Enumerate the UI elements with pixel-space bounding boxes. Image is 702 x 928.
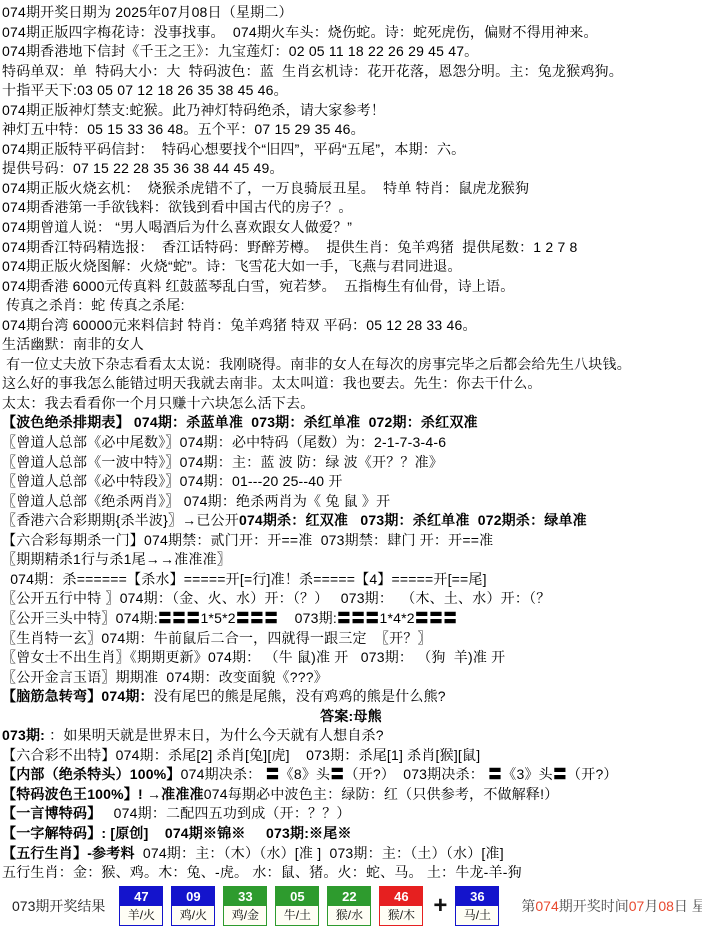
text-line: 【波色绝杀排期表】 074期：杀蓝单准 073期：杀红单准 072期：杀红双准 [2, 413, 700, 433]
text-segment: 074期曾道人说： “男人喝酒后为什么喜欢跟女人做爱？” [2, 219, 352, 235]
text-segment: 074期正版神灯禁支:蛇猴。此乃神灯特码绝杀，请大家参考！ [2, 102, 385, 118]
text-segment: 074期：二配四五功到成（开：？？） [101, 805, 350, 821]
text-line: 〖公开五行中特 〗074期：（金、火、水）开：（？） 073期： （木、土、水）… [2, 589, 700, 609]
text-segment: 特码单双：单 特码大小：大 特码波色：蓝 生肖玄机诗：花开花落，恩怨分明。主：兔… [2, 63, 623, 79]
text-segment: 十指平天下:03 05 07 12 18 26 35 38 45 46。 [2, 82, 288, 98]
text-segment-bold: 073期: [2, 727, 45, 743]
text-line: 神灯五中特：05 15 33 36 48。五个平：07 15 29 35 46。 [2, 120, 700, 140]
text-segment: 074期香江特码精选报： 香江话特码：野醉芳樽。 提供生肖：兔羊鸡猪 提供尾数：… [2, 239, 578, 255]
text-segment: 074期正版火烧图解：火烧“蛇”。诗：飞雪花大如一手，飞燕与君同进退。 [2, 258, 462, 274]
text-segment-bold: 【内部（绝杀特头）100%】 [2, 766, 181, 782]
text-segment: 有一位丈夫放下杂志看看太太说：我刚晓得。南非的女人在每次的房事完毕之后都会给先生… [2, 356, 631, 372]
text-segment-bold: 074期杀：红双准 073期：杀红单准 072期杀：绿单准 [239, 512, 587, 528]
text-line: 074期香江特码精选报： 香江话特码：野醉芳樽。 提供生肖：兔羊鸡猪 提供尾数：… [2, 238, 700, 258]
text-segment: 提供号码：07 15 22 28 35 36 38 44 45 49。 [2, 160, 284, 176]
text-line: 五行生肖：金：猴、鸡。木：兔、-虎。 水：鼠、猪。火：蛇、马。 土：牛龙-羊-狗 [2, 863, 700, 883]
text-segment: 074期香港 6000元传真料 红鼓蓝琴乱白雪，宛若梦。 五指梅生有仙骨，诗上语… [2, 278, 514, 294]
text-segment: 神灯五中特：05 15 33 36 48。五个平：07 15 29 35 46。 [2, 121, 365, 137]
text-segment: 传真之杀肖：蛇 传真之杀尾: [2, 297, 185, 313]
text-segment: 〖曾女士不出生肖〗《期期更新》074期： （牛 鼠)准 开 073期： （狗 羊… [2, 649, 505, 665]
text-line: 〖曾道人总部《必中尾数》〗074期：必中特码（尾数）为：2-1-7-3-4-6 [2, 433, 700, 453]
ball-zodiac-element: 牛/土 [276, 906, 318, 925]
text-line: 074期香港第一手欲钱料：欲钱到看中国古代的房子？。 [2, 198, 700, 218]
plus-sign: + [433, 892, 447, 920]
special-ball: 36马/土 [455, 886, 499, 926]
text-line: 〖曾道人总部《必中特段》〗074期：01---20 25--40 开 [2, 472, 700, 492]
text-line: 十指平天下:03 05 07 12 18 26 35 38 45 46。 [2, 81, 700, 101]
next-draw-segment: 月 [644, 898, 658, 914]
text-segment: 074期：杀======【杀水】=====开[=行]准！杀=====【4】===… [2, 571, 487, 587]
text-line: 【特码波色王100%】! →准准准074每期必中波色主：绿防：红（只供参考，不做… [2, 785, 700, 805]
text-segment: 生活幽默：南非的女人 [2, 336, 144, 352]
text-segment: 〖曾道人总部《必中特段》〗074期：01---20 25--40 开 [2, 473, 343, 489]
text-line: 074期正版火烧玄机： 烧猴杀虎错不了，一万良骑辰丑星。 特单 特肖：鼠虎龙猴狗 [2, 179, 700, 199]
text-segment: 【六合彩不出特】074期：杀尾[2] 杀肖[兔][虎] 073期：杀尾[1] 杀… [2, 747, 480, 763]
text-line: 【一字解特码】: [原创] 074期※锦※ 073期:※尾※ [2, 824, 700, 844]
text-line: 答案:母熊 [2, 707, 700, 727]
text-line: 〖期期精杀1行与杀1尾→→准准准〗 [2, 550, 700, 570]
next-draw-segment: 日 星期二 [674, 898, 702, 914]
ball-zodiac-element: 马/土 [456, 906, 498, 925]
text-line: 〖公开三头中特〗074期:〓〓〓1*5*2〓〓〓 073期:〓〓〓1*4*2〓〓… [2, 609, 700, 629]
text-line: 074期正版火烧图解：火烧“蛇”。诗：飞雪花大如一手，飞燕与君同进退。 [2, 257, 700, 277]
result-balls: 47羊/火09鸡/火33鸡/金05牛/土22猴/水46猴/木 [119, 886, 431, 926]
text-line: 074期正版四字梅花诗：没事找事。 074期火车头：烧伤蛇。诗：蛇死虎伤，偏财不… [2, 23, 700, 43]
ball-zodiac-element: 猴/水 [328, 906, 370, 925]
text-segment: 074期正版特平码信封： 特码心想要找个“旧四”，平码“五尾”，本期：六。 [2, 141, 465, 157]
text-segment: 074期决杀： 〓《8》头〓（开?） 073期决杀： 〓《3》头〓（开?） [181, 766, 618, 782]
next-draw-segment: 07 [629, 898, 645, 914]
text-segment-bold: 【五行生肖】-参考料 [2, 845, 135, 861]
text-line: 【脑筋急转弯】074期：没有尾巴的熊是尾熊，没有鸡鸡的熊是什么熊? [2, 687, 700, 707]
text-segment: 〖曾道人总部《必中尾数》〗074期：必中特码（尾数）为：2-1-7-3-4-6 [2, 434, 446, 450]
text-line: 这么好的事我怎么能错过明天我就去南非。太太叫道：我也要去。先生：你去干什么。 [2, 374, 700, 394]
text-segment: 〖公开金言玉语〗期期准 074期：改变面貌《???》 [2, 669, 328, 685]
ball-zodiac-element: 鸡/金 [224, 906, 266, 925]
next-draw-info: 第074期开奖时间07月08日 星期二21:30 [521, 896, 702, 916]
ball-number: 22 [328, 887, 370, 906]
text-line: 074期正版神灯禁支:蛇猴。此乃神灯特码绝杀，请大家参考！ [2, 101, 700, 121]
text-line: 【内部（绝杀特头）100%】074期决杀： 〓《8》头〓（开?） 073期决杀：… [2, 765, 700, 785]
result-ball: 33鸡/金 [223, 886, 267, 926]
text-segment-bold: 答案:母熊 [320, 708, 382, 724]
text-line: 〖香港六合彩期期{杀半波}〗→已公开074期杀：红双准 073期：杀红单准 07… [2, 511, 700, 531]
text-segment: 〖曾道人总部《一波中特》〗074期：主：蓝 波 防：绿 波《开？？准》 [2, 454, 443, 470]
text-line: 特码单双：单 特码大小：大 特码波色：蓝 生肖玄机诗：花开花落，恩怨分明。主：兔… [2, 62, 700, 82]
next-draw-segment: 第 [521, 898, 535, 914]
next-draw-segment: 08 [658, 898, 674, 914]
text-segment: 〖曾道人总部《绝杀两肖》〗 074期：绝杀两肖为《 兔 鼠 》开 [2, 493, 390, 509]
ball-number: 05 [276, 887, 318, 906]
ball-zodiac-element: 羊/火 [120, 906, 162, 925]
text-segment: 这么好的事我怎么能错过明天我就去南非。太太叫道：我也要去。先生：你去干什么。 [2, 375, 542, 391]
text-line: 〖公开金言玉语〗期期准 074期：改变面貌《???》 [2, 668, 700, 688]
text-segment: ：如果明天就是世界末日，为什么今天就有人想自杀? [45, 727, 384, 743]
ball-zodiac-element: 猴/木 [380, 906, 422, 925]
text-segment-bold: 【特码波色王100%】! →准准准 [2, 786, 204, 802]
text-line: 有一位丈夫放下杂志看看太太说：我刚晓得。南非的女人在每次的房事完毕之后都会给先生… [2, 355, 700, 375]
text-line: 073期: ：如果明天就是世界末日，为什么今天就有人想自杀? [2, 726, 700, 746]
text-line: 074期香港地下信封《千王之王》：九宝莲灯：02 05 11 18 22 26 … [2, 42, 700, 62]
text-segment: 074每期必中波色主：绿防：红（只供参考，不做解释!） [204, 786, 559, 802]
text-line: 【一言博特码】 074期：二配四五功到成（开：？？） [2, 804, 700, 824]
text-line: 074期开奖日期为 2025年07月08日（星期二） [2, 3, 700, 23]
text-segment-bold: 【一言博特码】 [2, 805, 101, 821]
text-segment: 〖生肖特一玄〗074期：牛前鼠后二合一，四就得一跟三定 〖开？〗 [2, 630, 432, 646]
text-segment: 074期正版四字梅花诗：没事找事。 074期火车头：烧伤蛇。诗：蛇死虎伤，偏财不… [2, 24, 598, 40]
text-segment: 没有尾巴的熊是尾熊，没有鸡鸡的熊是什么熊? [154, 688, 446, 704]
text-line: 074期曾道人说： “男人喝酒后为什么喜欢跟女人做爱？” [2, 218, 700, 238]
text-segment: 〖公开三头中特〗074期:〓〓〓1*5*2〓〓〓 073期:〓〓〓1*4*2〓〓… [2, 610, 457, 626]
text-line: 传真之杀肖：蛇 传真之杀尾: [2, 296, 700, 316]
result-ball: 46猴/木 [379, 886, 423, 926]
result-ball: 09鸡/火 [171, 886, 215, 926]
text-segment: 〖公开五行中特 〗074期：（金、火、水）开：（？） 073期： （木、土、水）… [2, 590, 550, 606]
text-segment: 074期开奖日期为 2025年07月08日（星期二） [2, 4, 293, 20]
ball-number: 36 [456, 887, 498, 906]
text-segment: 074期：主：（木）（水）[准 ] 073期：主：（土）（水）[准] [135, 845, 504, 861]
ball-number: 47 [120, 887, 162, 906]
text-line: 〖生肖特一玄〗074期：牛前鼠后二合一，四就得一跟三定 〖开？〗 [2, 629, 700, 649]
text-segment-bold: 【脑筋急转弯】074期： [2, 688, 154, 704]
draw-result-bar: 073期开奖结果 47羊/火09鸡/火33鸡/金05牛/土22猴/水46猴/木 … [2, 883, 700, 928]
text-line: 074期正版特平码信封： 特码心想要找个“旧四”，平码“五尾”，本期：六。 [2, 140, 700, 160]
text-lines: 074期开奖日期为 2025年07月08日（星期二）074期正版四字梅花诗：没事… [2, 3, 700, 883]
text-line: 【六合彩每期杀一门】074期禁：贰门开：开==准 073期禁：肆门 开：开==准 [2, 531, 700, 551]
text-segment-bold: 【一字解特码】: [原创] 074期※锦※ 073期:※尾※ [2, 825, 352, 841]
next-draw-segment: 074 [535, 898, 558, 914]
text-line: 提供号码：07 15 22 28 35 36 38 44 45 49。 [2, 159, 700, 179]
text-line: 太太：我去看看你一个月只赚十六块怎么活下去。 [2, 394, 700, 414]
text-line: 〖曾道人总部《一波中特》〗074期：主：蓝 波 防：绿 波《开？？准》 [2, 453, 700, 473]
ball-number: 46 [380, 887, 422, 906]
text-line: 〖曾女士不出生肖〗《期期更新》074期： （牛 鼠)准 开 073期： （狗 羊… [2, 648, 700, 668]
text-segment: 074期香港第一手欲钱料：欲钱到看中国古代的房子？。 [2, 199, 353, 215]
next-draw-segment: 期开奖时间 [559, 898, 629, 914]
text-segment: 【六合彩每期杀一门】074期禁：贰门开：开==准 073期禁：肆门 开：开==准 [2, 532, 493, 548]
result-ball: 47羊/火 [119, 886, 163, 926]
text-segment: 074期台湾 60000元来料信封 特肖：兔羊鸡猪 特双 平码：05 12 28… [2, 317, 477, 333]
text-segment-bold: 【波色绝杀排期表】 074期：杀蓝单准 073期：杀红单准 072期：杀红双准 [2, 414, 478, 430]
text-line: 【五行生肖】-参考料 074期：主：（木）（水）[准 ] 073期：主：（土）（… [2, 844, 700, 864]
text-segment: 074期香港地下信封《千王之王》：九宝莲灯：02 05 11 18 22 26 … [2, 43, 478, 59]
result-label: 073期开奖结果 [12, 896, 105, 916]
text-line: 074期台湾 60000元来料信封 特肖：兔羊鸡猪 特双 平码：05 12 28… [2, 316, 700, 336]
result-ball: 05牛/土 [275, 886, 319, 926]
text-segment: 太太：我去看看你一个月只赚十六块怎么活下去。 [2, 395, 314, 411]
text-segment: 〖期期精杀1行与杀1尾→→准准准〗 [2, 551, 231, 567]
ball-number: 33 [224, 887, 266, 906]
result-ball: 22猴/水 [327, 886, 371, 926]
text-segment: 〖香港六合彩期期{杀半波}〗→已公开 [2, 512, 239, 528]
text-segment: 074期正版火烧玄机： 烧猴杀虎错不了，一万良骑辰丑星。 特单 特肖：鼠虎龙猴狗 [2, 180, 529, 196]
text-line: 〖曾道人总部《绝杀两肖》〗 074期：绝杀两肖为《 兔 鼠 》开 [2, 492, 700, 512]
text-segment: 五行生肖：金：猴、鸡。木：兔、-虎。 水：鼠、猪。火：蛇、马。 土：牛龙-羊-狗 [2, 864, 522, 880]
special-ball-slot: 36马/土 [455, 886, 507, 926]
text-line: 【六合彩不出特】074期：杀尾[2] 杀肖[兔][虎] 073期：杀尾[1] 杀… [2, 746, 700, 766]
text-line: 074期香港 6000元传真料 红鼓蓝琴乱白雪，宛若梦。 五指梅生有仙骨，诗上语… [2, 277, 700, 297]
text-line: 074期：杀======【杀水】=====开[=行]准！杀=====【4】===… [2, 570, 700, 590]
ball-number: 09 [172, 887, 214, 906]
text-line: 生活幽默：南非的女人 [2, 335, 700, 355]
ball-zodiac-element: 鸡/火 [172, 906, 214, 925]
lottery-info-sheet: 074期开奖日期为 2025年07月08日（星期二）074期正版四字梅花诗：没事… [0, 0, 702, 928]
